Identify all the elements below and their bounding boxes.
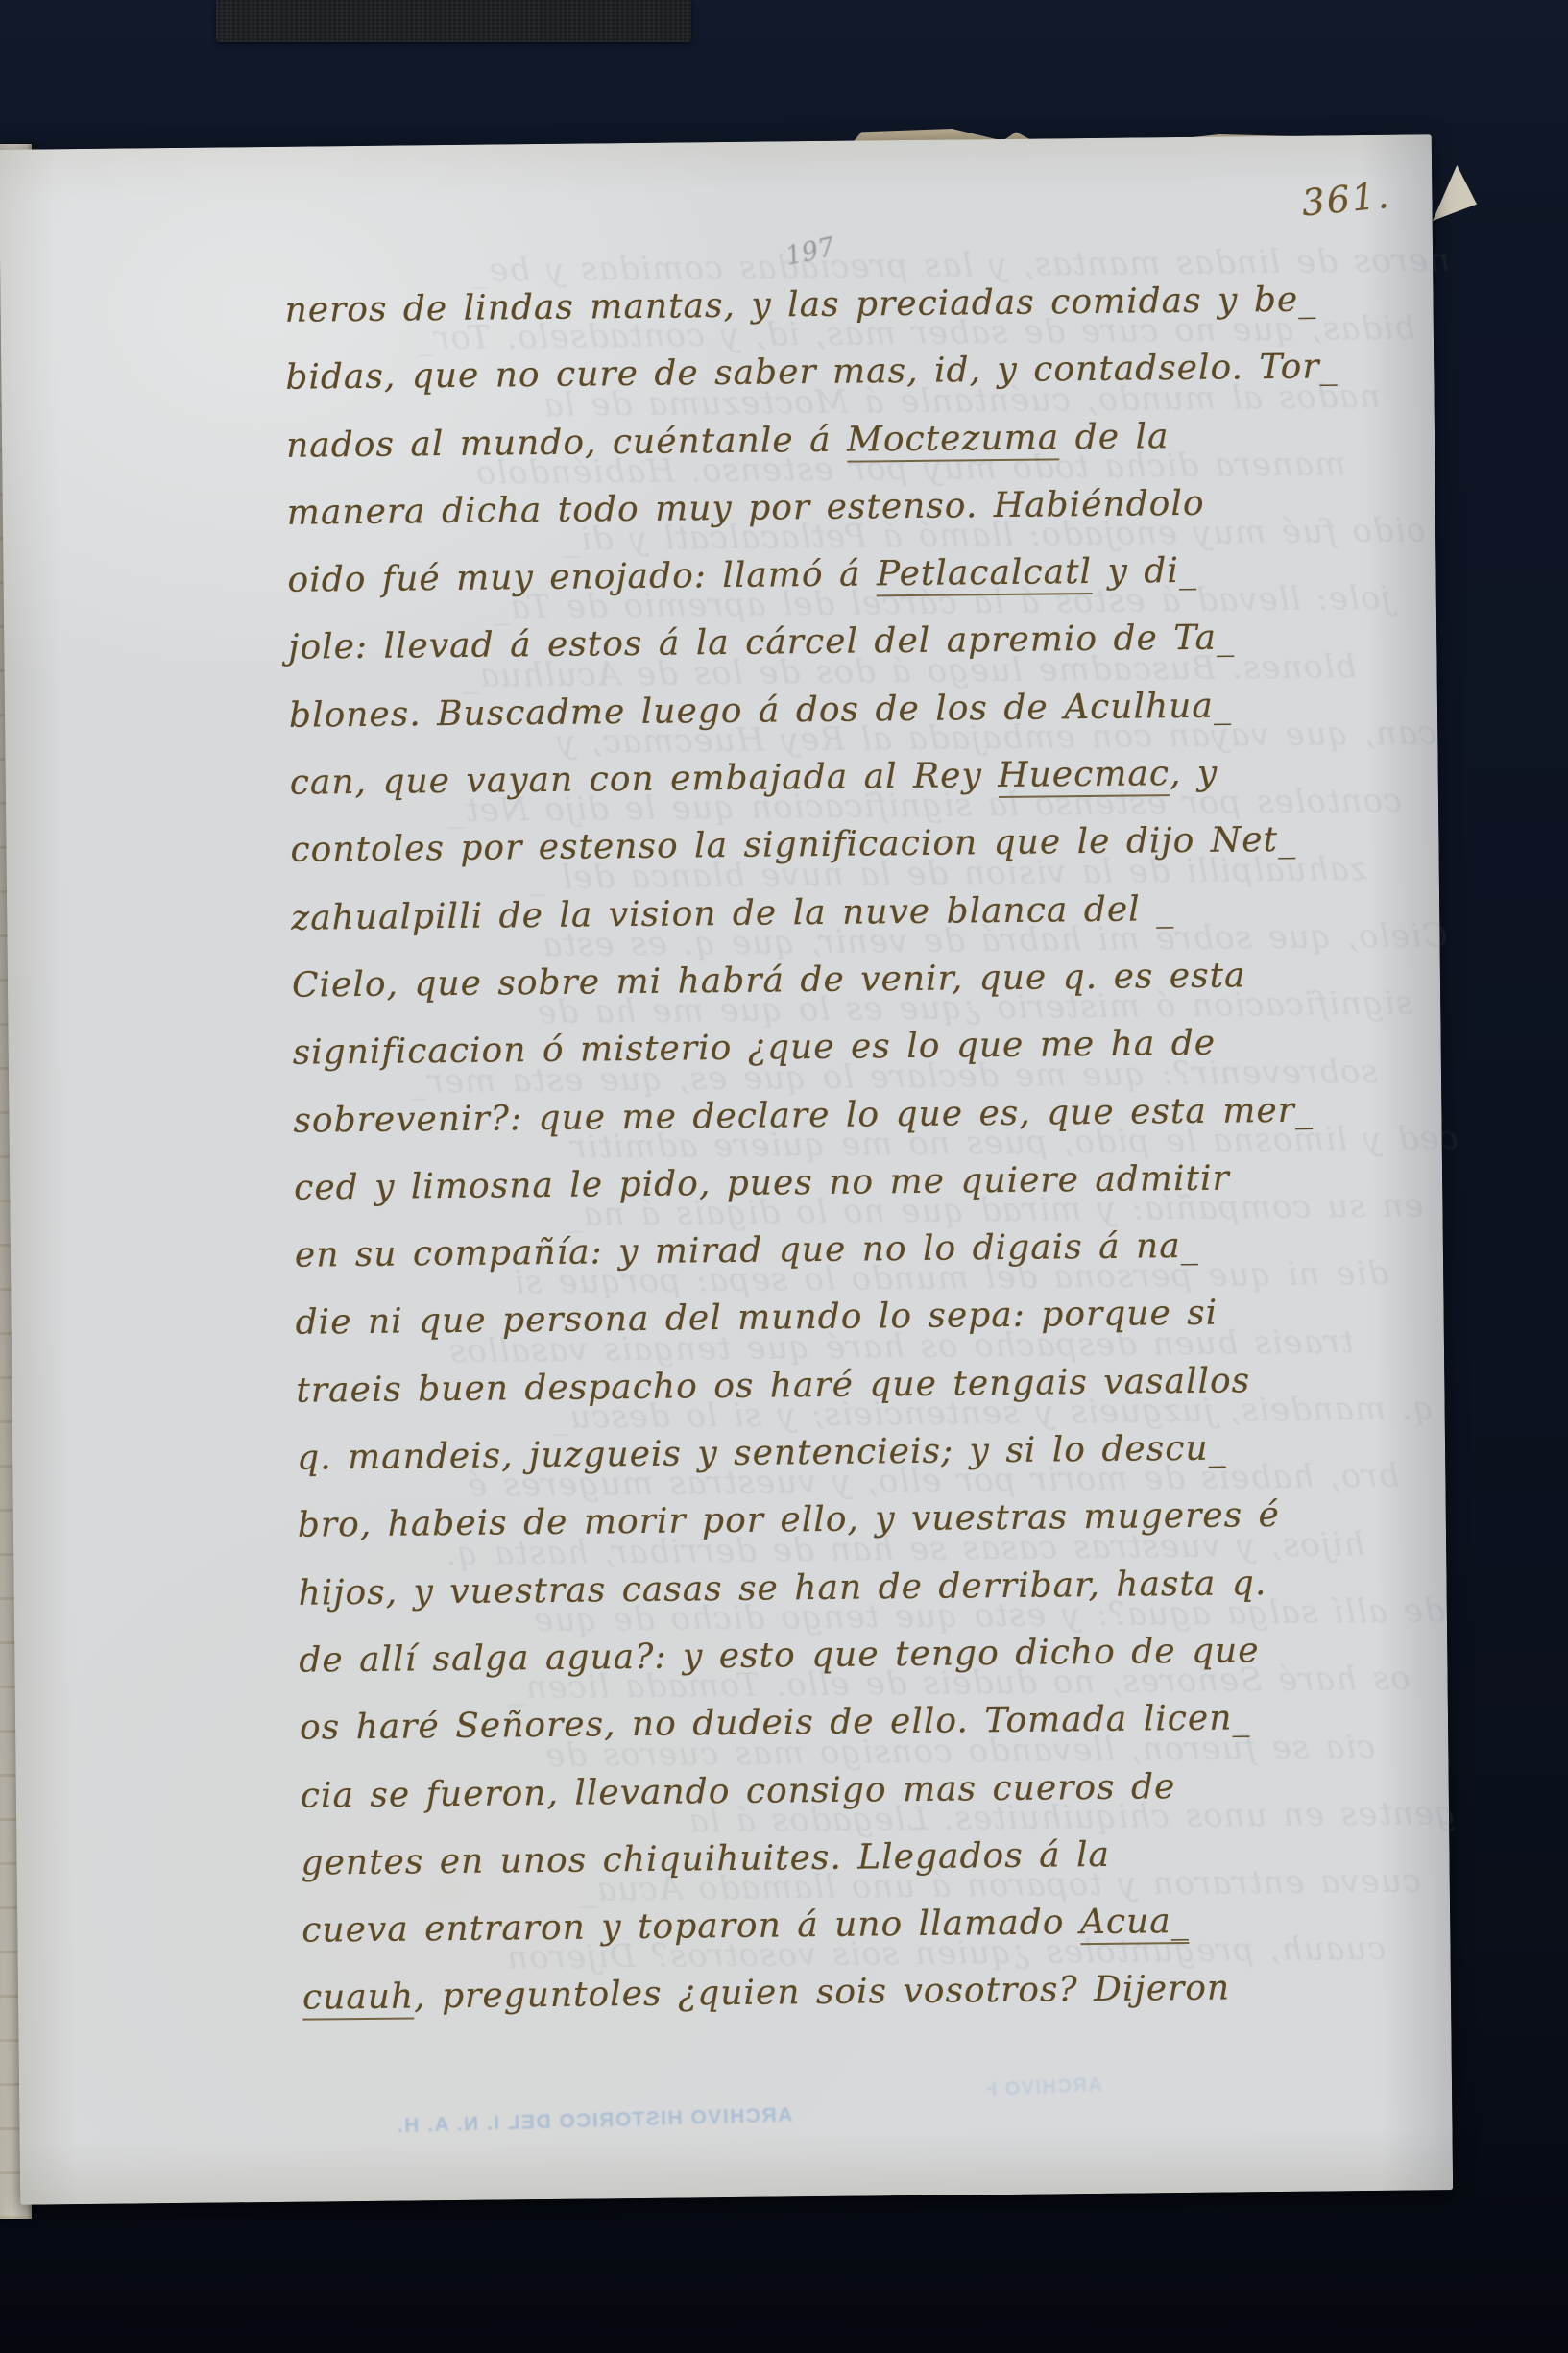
manuscript-line: zahualpilli de la vision de la nuve blan… — [291, 873, 1417, 953]
line-segment: sobrevenir?: que me declare lo que es, q… — [293, 1090, 1314, 1140]
line-segment: blones. Buscadme luego á dos de los de A… — [289, 686, 1232, 735]
line-segment: significacion ó misterio ¿que es lo que … — [292, 1024, 1216, 1073]
manuscript-line: en su compañía: y mirad que no lo digais… — [295, 1211, 1421, 1291]
manuscript-page: neros de lindas mantas, y las preciadas … — [0, 134, 1453, 2205]
manuscript-line: traeis buen despacho os haré que tengais… — [296, 1346, 1422, 1425]
manuscript-line: gentes en unos chiquihuites. Llegados á … — [301, 1818, 1427, 1898]
line-segment: bro, habeis de morir por ello, y vuestra… — [298, 1495, 1280, 1545]
line-segment: , y — [1170, 754, 1218, 794]
manuscript-line: manera dicha todo muy por estenso. Habié… — [286, 468, 1412, 547]
manuscript-line: os haré Señores, no dudeis de ello. Toma… — [300, 1684, 1426, 1763]
line-segment: contoles por estenso la significacion qu… — [290, 820, 1296, 870]
manuscript-line: Cielo, que sobre mi habrá de venir, que … — [292, 940, 1418, 1020]
line-segment: neros de lindas mantas, y las preciadas … — [284, 280, 1316, 330]
underlined-name: Moctezuma — [847, 418, 1060, 462]
manuscript-line: cuauh, preguntoles ¿quien sois vosotros?… — [302, 1953, 1429, 2033]
line-segment: os haré Señores, no dudeis de ello. Toma… — [300, 1699, 1251, 1748]
line-segment: , preguntoles ¿quien sois vosotros? Dije… — [414, 1969, 1230, 2017]
page-number: 361. — [1300, 174, 1392, 225]
line-segment: nados al mundo, cuéntanle á — [286, 420, 847, 465]
photo-background: { "document": { "page_number": "361.", "… — [0, 0, 1568, 2353]
manuscript-line: de allí salga agua?: y esto que tengo di… — [299, 1615, 1425, 1695]
line-segment: ced y limosna le pido, pues no me quiere… — [294, 1158, 1230, 1207]
manuscript-line: sobrevenir?: que me declare lo que es, q… — [293, 1076, 1419, 1155]
manuscript-line: oido fué muy enojado: llamó á Petlacalca… — [287, 536, 1413, 616]
line-segment: cueva entraron y toparon á uno llamado — [302, 1903, 1080, 1950]
line-segment: traeis buen despacho os haré que tengais… — [296, 1361, 1250, 1410]
line-segment: y di_ — [1092, 551, 1197, 592]
archive-stamp: ARCHIVO HISTORICO DEL I. N. A. H. — [504, 2104, 793, 2135]
manuscript-line: bidas, que no cure de saber mas, id, y c… — [285, 333, 1411, 413]
line-segment: manera dicha todo muy por estenso. Habié… — [287, 484, 1205, 533]
manuscript-line: bro, habeis de morir por ello, y vuestra… — [297, 1481, 1423, 1561]
manuscript-line: cueva entraron y toparon á uno llamado A… — [302, 1886, 1428, 1966]
underlined-name: Acua_ — [1080, 1902, 1190, 1945]
line-segment: bidas, que no cure de saber mas, id, y c… — [285, 348, 1339, 398]
underlined-name: cuauh — [302, 1977, 415, 2021]
manuscript-line: hijos, y vuestras casas se han de derrib… — [298, 1548, 1424, 1628]
line-segment: die ni que persona del mundo lo sepa: po… — [295, 1294, 1218, 1343]
pencil-folio-number: 197 — [783, 232, 837, 272]
line-segment: de allí salga agua?: y esto que tengo di… — [299, 1631, 1260, 1680]
line-segment: can, que vayan con embajada al Rey — [290, 756, 999, 803]
line-segment: Cielo, que sobre mi habrá de venir, que … — [292, 956, 1246, 1005]
line-segment: cia se fueron, llevando consigo mas cuer… — [301, 1767, 1176, 1816]
page-corner-fold — [1433, 165, 1477, 221]
underlined-name: Huecmac — [998, 754, 1170, 798]
manuscript-line: ced y limosna le pido, pues no me quiere… — [294, 1143, 1420, 1223]
underlined-name: Petlacalcatl — [877, 552, 1093, 596]
manuscript-line: die ni que persona del mundo lo sepa: po… — [295, 1278, 1421, 1358]
line-segment: zahualpilli de la vision de la nuve blan… — [291, 889, 1174, 938]
line-segment: hijos, y vuestras casas se han de derrib… — [298, 1564, 1266, 1613]
line-segment: de la — [1059, 417, 1170, 457]
manuscript-line: contoles por estenso la significacion qu… — [290, 806, 1416, 885]
fastening-fabric — [216, 0, 691, 42]
manuscript-line: significacion ó misterio ¿que es lo que … — [292, 1008, 1418, 1088]
line-segment: oido fué muy enojado: llamó á — [287, 555, 877, 600]
manuscript-line: nados al mundo, cuéntanle á Moctezuma de… — [286, 400, 1412, 480]
manuscript-line: q. mandeis, juzgueis y sentencieis; y si… — [297, 1413, 1423, 1492]
line-segment: en su compañía: y mirad que no lo digais… — [295, 1226, 1199, 1275]
line-segment: q. mandeis, juzgueis y sentencieis; y si… — [297, 1429, 1227, 1478]
line-segment: jole: llevad á estos á la cárcel del apr… — [288, 619, 1235, 667]
manuscript-line: jole: llevad á estos á la cárcel del apr… — [288, 603, 1414, 683]
manuscript-line: blones. Buscadme luego á dos de los de A… — [289, 670, 1415, 750]
manuscript-line: can, que vayan con embajada al Rey Huecm… — [289, 739, 1415, 818]
line-segment: gentes en unos chiquihuites. Llegados á … — [301, 1835, 1110, 1883]
archive-stamp-fragment: ARCHIVO HISTORICO DEL I. N. A. H. — [986, 2074, 1102, 2108]
manuscript-line: neros de lindas mantas, y las preciadas … — [284, 265, 1411, 345]
manuscript-text: neros de lindas mantas, y las preciadas … — [284, 265, 1428, 2032]
manuscript-line: cia se fueron, llevando consigo mas cuer… — [300, 1751, 1426, 1831]
